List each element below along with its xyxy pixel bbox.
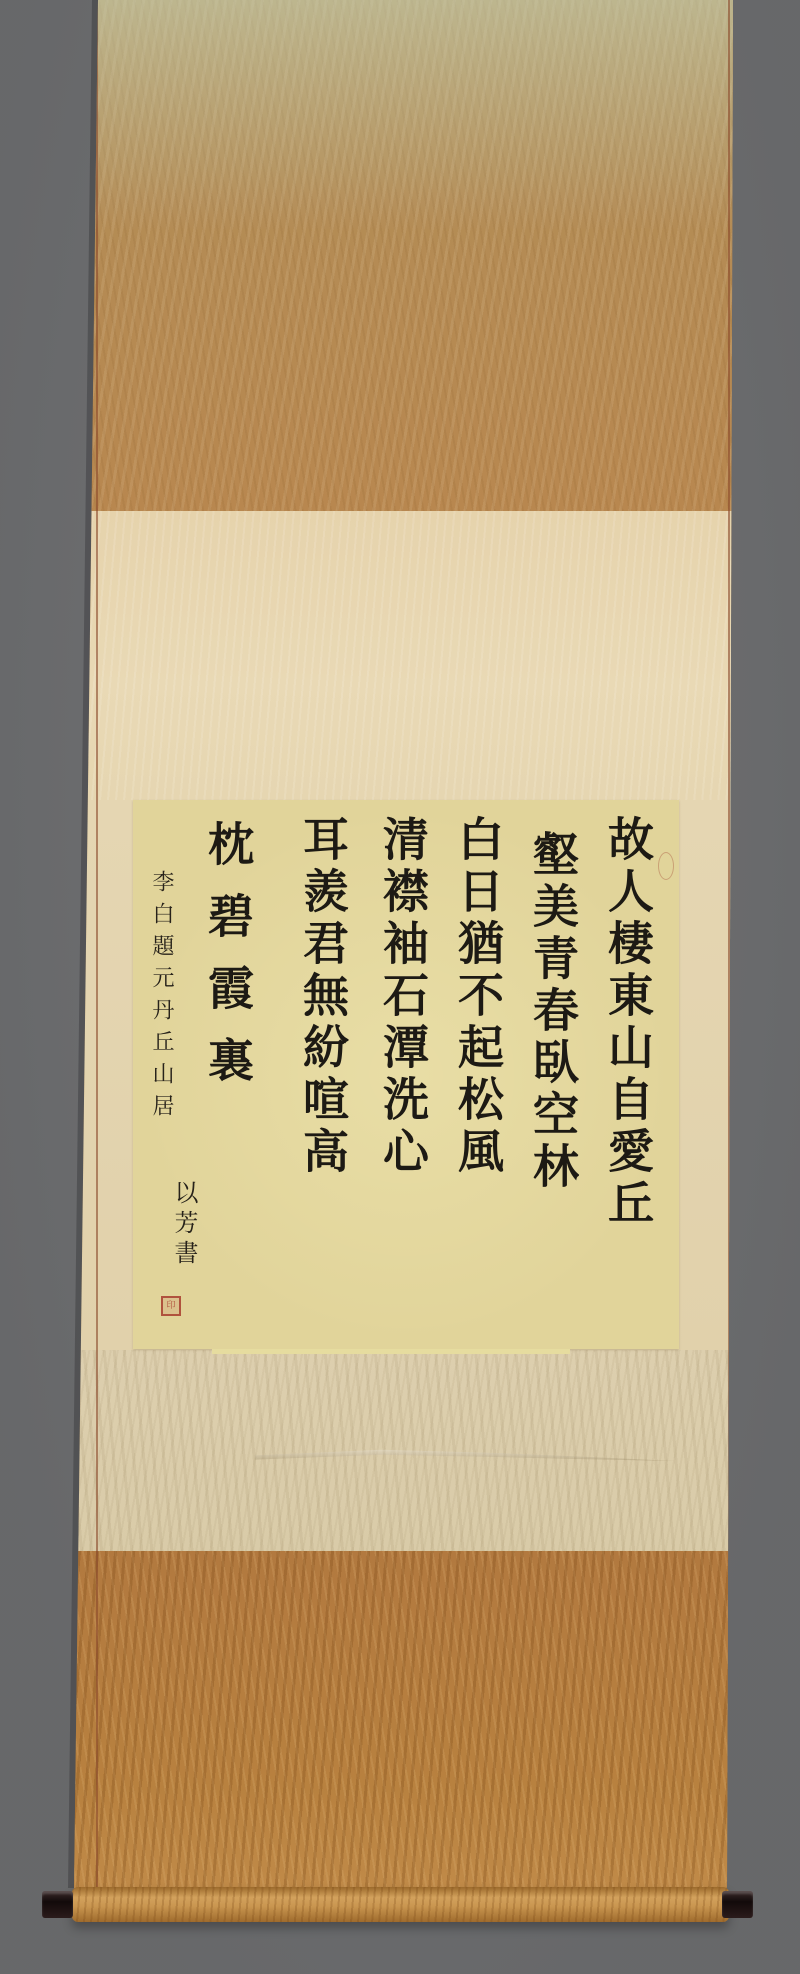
upper-cream-panel: [60, 511, 750, 800]
hanging-scroll: 故人棲東山自愛丘 壑美青春臥空林 白日猶不起松風 清襟袖石潭洗心 耳羨君無紛喧高…: [0, 0, 800, 1974]
roller-knob-left: [42, 1891, 73, 1918]
poem-column-6: 枕碧霞裏: [205, 820, 251, 1140]
artist-seal-stamp: 印: [161, 1296, 181, 1316]
roller-knob-right: [722, 1891, 753, 1918]
top-brocade-panel: [60, 0, 750, 511]
paper-bottom-edge: [212, 1349, 570, 1354]
bottom-brocade-panel: [60, 1551, 750, 1888]
poem-column-1: 故人棲東山自愛丘: [605, 815, 651, 1345]
leading-seal-oval: [658, 852, 674, 880]
bottom-roller: [72, 1887, 729, 1922]
poem-column-3: 白日猶不起松風: [455, 815, 501, 1325]
signature-text: 以芳書: [172, 1180, 196, 1280]
inscription-column: 李白題元丹丘山居: [150, 870, 172, 1170]
poem-column-5: 耳羨君無紛喧高: [300, 815, 346, 1335]
poem-column-4: 清襟袖石潭洗心: [380, 815, 426, 1335]
left-border-line: [96, 0, 98, 1888]
poem-column-2: 壑美青春臥空林: [530, 830, 576, 1340]
right-border-line: [728, 0, 730, 1888]
